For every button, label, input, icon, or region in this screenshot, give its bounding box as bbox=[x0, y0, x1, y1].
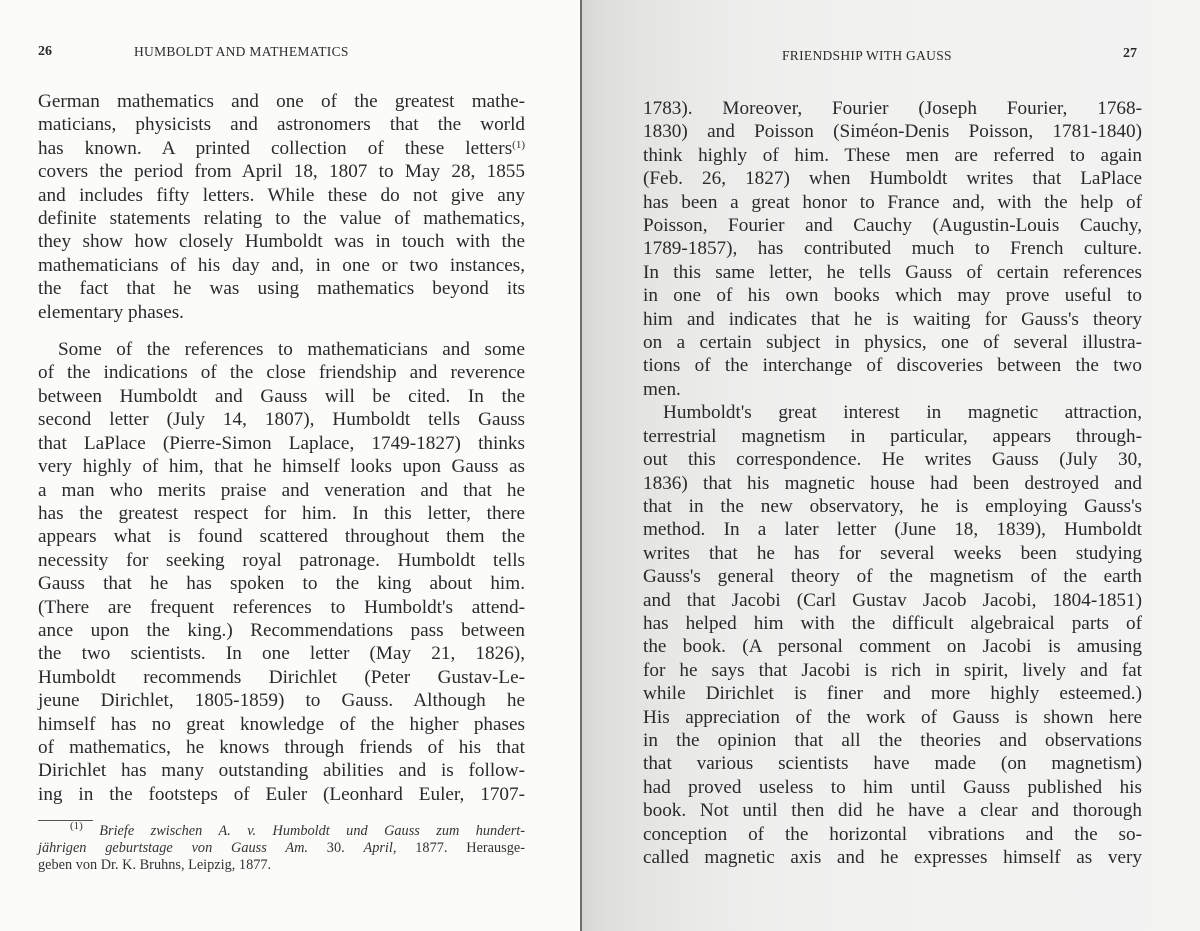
text-line: between Humboldt and Gauss will be cited… bbox=[38, 385, 525, 408]
text-line: 1836) that his magnetic house had been d… bbox=[643, 472, 1142, 495]
text-line: in one of his own books which may prove … bbox=[643, 284, 1142, 307]
footnote-title: Briefe zwischen A. v. Humboldt und Gauss… bbox=[99, 823, 525, 839]
text-line: had proved useless to him until Gauss pu… bbox=[643, 776, 1142, 799]
text-line: jeune Dirichlet, 1805-1859) to Gauss. Al… bbox=[38, 689, 525, 712]
text-line: Gauss that he has spoken to the king abo… bbox=[38, 572, 525, 595]
text-line: and that Jacobi (Carl Gustav Jacob Jacob… bbox=[643, 589, 1142, 612]
text-line: while Dirichlet is finer and more highly… bbox=[643, 682, 1142, 705]
text-line: called magnetic axis and he expresses hi… bbox=[643, 846, 1142, 869]
text-line: Gauss's general theory of the magnetism … bbox=[643, 565, 1142, 588]
text-line: that LaPlace (Pierre-Simon Laplace, 1749… bbox=[38, 432, 525, 455]
text-line: and includes fifty letters. While these … bbox=[38, 184, 525, 207]
text-line: has the greatest respect for him. In thi… bbox=[38, 502, 525, 525]
text-line: definite statements relating to the valu… bbox=[38, 207, 525, 230]
footnote-line: jährigen geburtstage von Gauss Am. 30. A… bbox=[38, 840, 525, 857]
text-line: that various scientists have made (on ma… bbox=[643, 752, 1142, 775]
book-spread: 26 HUMBOLDT AND MATHEMATICS German mathe… bbox=[0, 0, 1200, 931]
text-line: ance upon the king.) Recommendations pas… bbox=[38, 619, 525, 642]
paragraph-1: German mathematics and one of the greate… bbox=[38, 90, 525, 324]
text-line: a man who merits praise and veneration a… bbox=[38, 479, 525, 502]
text-line: Some of the references to mathematicians… bbox=[38, 338, 525, 361]
text-line: has been a great honor to France and, wi… bbox=[643, 191, 1142, 214]
text-line: men. bbox=[643, 378, 1142, 401]
text-line: second letter (July 14, 1807), Humboldt … bbox=[38, 408, 525, 431]
text-line: the fact that he was using mathematics b… bbox=[38, 277, 525, 300]
text-line: Dirichlet has many outstanding abilities… bbox=[38, 759, 525, 782]
text-line: the two scientists. In one letter (May 2… bbox=[38, 642, 525, 665]
text-line: Poisson, Fourier and Cauchy (Augustin-Lo… bbox=[643, 214, 1142, 237]
text-line: for he says that Jacobi is rich in spiri… bbox=[643, 659, 1142, 682]
text-line: necessity for seeking royal patronage. H… bbox=[38, 549, 525, 572]
footnote-title-cont: jährigen geburtstage von Gauss Am. bbox=[38, 840, 308, 856]
right-page: FRIENDSHIP WITH GAUSS 27 1783). Moreover… bbox=[582, 0, 1200, 931]
text-line: German mathematics and one of the greate… bbox=[38, 90, 525, 113]
text-line: terrestrial magnetism in particular, app… bbox=[643, 425, 1142, 448]
footnote-line: geben von Dr. K. Bruhns, Leipzig, 1877. bbox=[38, 857, 525, 874]
text-line: in the opinion that all the theories and… bbox=[643, 729, 1142, 752]
text-line: of the indications of the close friendsh… bbox=[38, 361, 525, 384]
text-line: tions of the interchange of discoveries … bbox=[643, 354, 1142, 377]
text-line: that in the new observatory, he is emplo… bbox=[643, 495, 1142, 518]
text-line: His appreciation of the work of Gauss is… bbox=[643, 706, 1142, 729]
running-head-right: FRIENDSHIP WITH GAUSS bbox=[782, 48, 952, 64]
text-line: conception of the horizontal vibrations … bbox=[643, 823, 1142, 846]
text-line: elementary phases. bbox=[38, 301, 525, 324]
text-line: mathematicians of his day and, in one or… bbox=[38, 254, 525, 277]
text-line: him and indicates that he is waiting for… bbox=[643, 308, 1142, 331]
paragraph-3: 1783). Moreover, Fourier (Joseph Fourier… bbox=[643, 97, 1142, 401]
text-line: Humboldt recommends Dirichlet (Peter Gus… bbox=[38, 666, 525, 689]
text-line: writes that he has for several weeks bee… bbox=[643, 542, 1142, 565]
text-line: out this correspondence. He writes Gauss… bbox=[643, 448, 1142, 471]
footnote-day: 30. bbox=[308, 840, 364, 856]
text-line: In this same letter, he tells Gauss of c… bbox=[643, 261, 1142, 284]
left-page-body: German mathematics and one of the greate… bbox=[38, 90, 525, 806]
footnote-line: (1) Briefe zwischen A. v. Humboldt und G… bbox=[38, 823, 525, 840]
right-page-body: 1783). Moreover, Fourier (Joseph Fourier… bbox=[643, 97, 1142, 869]
footnote-publisher: 1877. Herausge- bbox=[396, 840, 525, 856]
left-page: 26 HUMBOLDT AND MATHEMATICS German mathe… bbox=[0, 0, 581, 931]
text-line: himself has no great knowledge of the hi… bbox=[38, 713, 525, 736]
text-line: think highly of him. These men are refer… bbox=[643, 144, 1142, 167]
footnote-number: (1) bbox=[70, 820, 83, 832]
text-line: has helped him with the difficult algebr… bbox=[643, 612, 1142, 635]
page-number-left: 26 bbox=[38, 44, 52, 60]
footnote: (1) Briefe zwischen A. v. Humboldt und G… bbox=[38, 823, 525, 874]
text-line: they show how closely Humboldt was in to… bbox=[38, 230, 525, 253]
text-line: (Feb. 26, 1827) when Humboldt writes tha… bbox=[643, 167, 1142, 190]
text-line-content: has known. A printed collection of these… bbox=[38, 138, 512, 159]
text-line: ing in the footsteps of Euler (Leonhard … bbox=[38, 783, 525, 806]
text-line: 1830) and Poisson (Siméon-Denis Poisson,… bbox=[643, 120, 1142, 143]
paragraph-4: Humboldt's great interest in magnetic at… bbox=[643, 401, 1142, 869]
text-line: appears what is found scattered througho… bbox=[38, 525, 525, 548]
text-line: Humboldt's great interest in magnetic at… bbox=[643, 401, 1142, 424]
text-line: of mathematics, he knows through friends… bbox=[38, 736, 525, 759]
footnote-marker[interactable]: (1) bbox=[512, 139, 525, 151]
text-line: has known. A printed collection of these… bbox=[38, 137, 525, 160]
text-line: (There are frequent references to Humbol… bbox=[38, 596, 525, 619]
footnote-divider bbox=[38, 820, 93, 821]
text-line: very highly of him, that he himself look… bbox=[38, 455, 525, 478]
text-line: 1789-1857), has contributed much to Fren… bbox=[643, 237, 1142, 260]
text-line: book. Not until then did he have a clear… bbox=[643, 799, 1142, 822]
running-head-left: HUMBOLDT AND MATHEMATICS bbox=[134, 44, 349, 60]
paragraph-2: Some of the references to mathematicians… bbox=[38, 338, 525, 806]
footnote-month: April, bbox=[363, 840, 396, 856]
text-line: covers the period from April 18, 1807 to… bbox=[38, 160, 525, 183]
text-line: on a certain subject in physics, one of … bbox=[643, 331, 1142, 354]
text-line: 1783). Moreover, Fourier (Joseph Fourier… bbox=[643, 97, 1142, 120]
page-number-right: 27 bbox=[1123, 46, 1137, 62]
text-line: the book. (A personal comment on Jacobi … bbox=[643, 635, 1142, 658]
text-line: method. In a later letter (June 18, 1839… bbox=[643, 518, 1142, 541]
text-line: maticians, physicists and astronomers th… bbox=[38, 113, 525, 136]
